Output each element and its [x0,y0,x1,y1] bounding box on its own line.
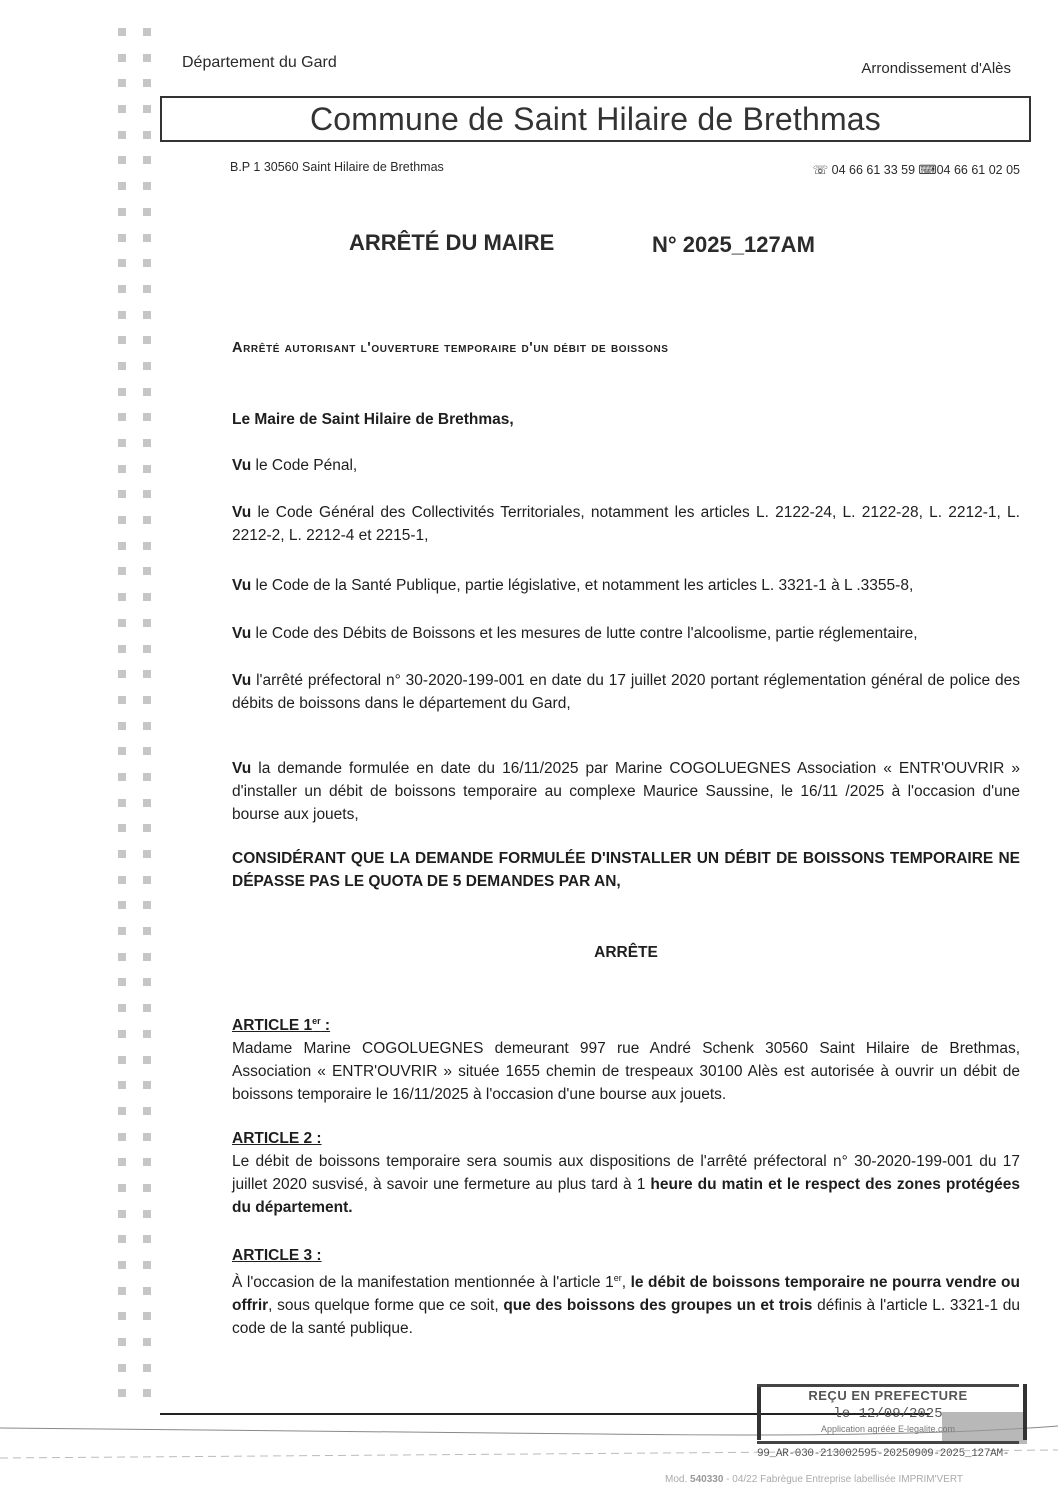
department-label: Département du Gard [182,54,337,72]
punch-hole [118,953,126,961]
punch-hole [118,824,126,832]
punch-hole [118,1261,126,1269]
punch-hole [118,1364,126,1372]
punch-hole-row [118,156,158,182]
punch-hole [118,439,126,447]
punch-hole [143,234,151,242]
punch-hole-row [118,876,158,902]
punch-hole [143,1133,151,1141]
punch-hole-row [118,1261,158,1287]
punch-hole [143,593,151,601]
punch-hole-row [118,465,158,491]
punch-hole [143,567,151,575]
punch-hole [143,1107,151,1115]
punch-hole [143,54,151,62]
punch-hole [118,182,126,190]
punch-hole [118,234,126,242]
punch-hole-row [118,824,158,850]
punch-hole-row [118,773,158,799]
punch-hole [118,311,126,319]
fax-icon: ⌨ [919,163,937,177]
punch-hole [143,362,151,370]
punch-hole [143,953,151,961]
article-3: ARTICLE 3 : À l'occasion de la manifesta… [232,1244,1020,1340]
punch-hole-row [118,1184,158,1210]
punch-hole [118,722,126,730]
punch-hole-row [118,79,158,105]
punch-hole [143,28,151,36]
punch-hole [143,722,151,730]
punch-hole [118,567,126,575]
punch-hole [118,105,126,113]
punch-hole [143,465,151,473]
punch-hole-row [118,1287,158,1313]
vu-clause: Vu le Code Général des Collectivités Ter… [232,501,1020,547]
commune-title: Commune de Saint Hilaire de Brethmas [310,101,881,138]
punch-hole [143,799,151,807]
considerant-clause: CONSIDÉRANT QUE LA DEMANDE FORMULÉE D'IN… [232,847,1020,893]
decision-heading: ARRÊTE [232,941,1020,964]
punch-hole [118,54,126,62]
punch-hole [118,1004,126,1012]
punch-hole-row [118,593,158,619]
punch-hole-row [118,1338,158,1364]
punch-hole-row [118,259,158,285]
punch-hole [118,131,126,139]
punch-hole [143,696,151,704]
punch-hole [143,542,151,550]
punch-hole [143,336,151,344]
phone-icon: ☏ [813,163,829,177]
punch-hole-row [118,1056,158,1082]
punch-hole [143,670,151,678]
punch-hole [118,773,126,781]
punch-hole [143,1184,151,1192]
punch-hole [143,1004,151,1012]
punch-hole [118,927,126,935]
punch-hole [143,1338,151,1346]
punch-hole-row [118,490,158,516]
vu-clause: Vu le Code des Débits de Boissons et les… [232,622,1020,645]
punch-hole-row [118,542,158,568]
punch-hole [143,1056,151,1064]
punch-hole [118,28,126,36]
punch-hole-row [118,413,158,439]
punch-hole-row [118,696,158,722]
punch-hole [143,1210,151,1218]
punch-hole-row [118,336,158,362]
punch-hole-row [118,28,158,54]
article-1: ARTICLE 1er : Madame Marine COGOLUEGNES … [232,1010,1020,1106]
punch-hole [143,156,151,164]
punch-hole [143,388,151,396]
postal-address: B.P 1 30560 Saint Hilaire de Brethmas [230,160,444,174]
punch-hole [118,413,126,421]
punch-hole-row [118,927,158,953]
punch-hole-row [118,1030,158,1056]
punch-hole [143,1235,151,1243]
punch-hole [118,670,126,678]
punch-hole-row [118,978,158,1004]
stamp-date: le 12/09/2025 [757,1406,1019,1422]
punch-hole [118,1235,126,1243]
punch-hole [118,901,126,909]
punch-hole [118,850,126,858]
vu-clause: Vu la demande formulée en date du 16/11/… [232,757,1020,826]
punch-hole [118,1056,126,1064]
stamp-title: REÇU EN PREFECTURE [757,1388,1019,1403]
punch-hole [118,1210,126,1218]
punch-hole-row [118,1312,158,1338]
article-text: Madame Marine COGOLUEGNES demeurant 997 … [232,1037,1020,1106]
arrondissement-label: Arrondissement d'Alès [861,60,1011,77]
punch-hole [143,490,151,498]
punch-hole-row [118,670,158,696]
punch-hole-row [118,1133,158,1159]
punch-hole [143,1261,151,1269]
punch-hole [118,1287,126,1295]
article-2: ARTICLE 2 : Le débit de boissons tempora… [232,1127,1020,1219]
punch-hole-row [118,645,158,671]
article-text: À l'occasion de la manifestation mention… [232,1267,1020,1340]
punch-hole-row [118,1210,158,1236]
punch-hole [118,593,126,601]
vu-clause: Vu le Code Pénal, [232,454,1020,477]
punch-hole-row [118,105,158,131]
punch-hole [118,490,126,498]
punch-hole [118,799,126,807]
acte-identifier: 99_AR-030-213002595-20250909-2025_127AM- [757,1448,1009,1460]
punch-hole-row [118,722,158,748]
punch-hole [143,619,151,627]
vu-clause: Vu l'arrêté préfectoral n° 30-2020-199-0… [232,669,1020,715]
punch-hole [143,1158,151,1166]
punch-hole [143,311,151,319]
punch-hole [143,1030,151,1038]
punch-hole [143,747,151,755]
punch-hole [143,413,151,421]
article-heading: ARTICLE 3 : [232,1244,1020,1267]
punch-hole [143,645,151,653]
punch-hole [143,182,151,190]
punch-hole [118,208,126,216]
punch-hole [118,516,126,524]
punch-hole [143,516,151,524]
punch-hole-row [118,54,158,80]
punch-hole [118,1389,126,1397]
punch-hole [143,927,151,935]
punch-hole-row [118,285,158,311]
punch-hole [118,1030,126,1038]
punch-hole [118,1158,126,1166]
punch-hole [143,1389,151,1397]
punch-hole [143,439,151,447]
punch-hole-row [118,234,158,260]
punch-hole [118,645,126,653]
punch-hole [118,465,126,473]
punch-hole [118,1312,126,1320]
punch-hole [118,978,126,986]
punch-hole-row [118,1158,158,1184]
punch-hole-row [118,362,158,388]
punch-hole [143,208,151,216]
punch-hole-row [118,439,158,465]
punch-hole [143,285,151,293]
punch-hole [143,1081,151,1089]
punch-hole [143,773,151,781]
fax-number: 04 66 61 02 05 [937,163,1020,177]
punch-hole-row [118,619,158,645]
punch-hole [143,1287,151,1295]
punch-hole [143,978,151,986]
punch-hole [118,1133,126,1141]
punch-hole [143,824,151,832]
punch-hole-row [118,182,158,208]
punch-hole [143,105,151,113]
punch-hole [118,336,126,344]
punch-hole-row [118,516,158,542]
punch-hole-row [118,953,158,979]
punch-hole-row [118,131,158,157]
punch-hole-row [118,1389,158,1415]
vu-clause: Vu le Code de la Santé Publique, partie … [232,574,1020,597]
punch-hole [143,259,151,267]
punch-hole-row [118,208,158,234]
decree-number: N° 2025_127AM [652,232,815,258]
punch-hole-row [118,747,158,773]
binder-punch-holes [118,28,158,1415]
punch-hole-row [118,1004,158,1030]
article-heading: ARTICLE 1er : [232,1010,1020,1037]
punch-hole [143,79,151,87]
punch-hole [143,1312,151,1320]
contact-numbers: ☏ 04 66 61 33 59 ⌨04 66 61 02 05 [813,162,1021,177]
punch-hole [143,901,151,909]
phone-number: 04 66 61 33 59 [832,163,915,177]
punch-hole [118,1338,126,1346]
punch-hole [118,876,126,884]
punch-hole [118,156,126,164]
article-heading: ARTICLE 2 : [232,1127,1020,1150]
punch-hole-row [118,388,158,414]
punch-hole [118,285,126,293]
punch-hole [143,876,151,884]
punch-hole-row [118,311,158,337]
stamp-application: Application agréée E-legalite.com [757,1424,1019,1434]
mayor-line: Le Maire de Saint Hilaire de Brethmas, [232,408,1020,431]
punch-hole-row [118,1107,158,1133]
punch-hole-row [118,901,158,927]
decree-title: ARRÊTÉ DU MAIRE [349,230,554,256]
punch-hole-row [118,1081,158,1107]
punch-hole [118,79,126,87]
punch-hole-row [118,850,158,876]
commune-title-box: Commune de Saint Hilaire de Brethmas [160,96,1031,142]
punch-hole-row [118,799,158,825]
print-footer: Mod. 540330 - 04/22 Fabrègue Entreprise … [665,1474,963,1485]
punch-hole-row [118,1235,158,1261]
punch-hole [118,1184,126,1192]
punch-hole [118,542,126,550]
punch-hole [118,362,126,370]
prefecture-stamp: REÇU EN PREFECTURE le 12/09/2025 Applica… [757,1384,1019,1444]
punch-hole-row [118,567,158,593]
punch-hole [118,1107,126,1115]
punch-hole [143,850,151,858]
decree-subject: Arrêté autorisant l'ouverture temporaire… [232,340,669,356]
punch-hole [118,1081,126,1089]
punch-hole [118,747,126,755]
punch-hole [118,619,126,627]
punch-hole [118,388,126,396]
punch-hole [118,696,126,704]
punch-hole [118,259,126,267]
punch-hole [143,131,151,139]
article-text: Le débit de boissons temporaire sera sou… [232,1150,1020,1219]
punch-hole-row [118,1364,158,1390]
punch-hole [143,1364,151,1372]
